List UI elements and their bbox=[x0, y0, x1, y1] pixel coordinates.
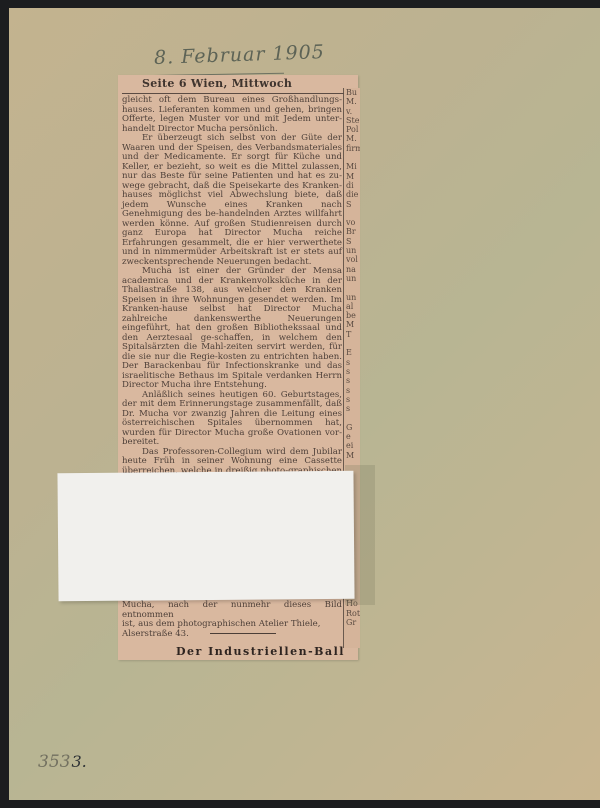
adjacent-column-line: un bbox=[346, 293, 360, 302]
header-rule bbox=[122, 93, 344, 94]
adjacent-column-line: E bbox=[346, 348, 360, 357]
adjacent-column-line: Br bbox=[346, 227, 360, 236]
adjacent-column-line: na bbox=[346, 265, 360, 274]
adjacent-column-line: vol bbox=[346, 255, 360, 264]
adjacent-column-line: vo bbox=[346, 218, 360, 227]
blank-cover-slip bbox=[57, 471, 354, 602]
adjacent-column-line: firm bbox=[346, 144, 360, 153]
adjacent-column-line: di bbox=[346, 181, 360, 190]
tail-line: Mucha, nach der nunmehr dieses Bild entn… bbox=[122, 601, 342, 620]
article-paragraph: Mucha ist einer der Gründer der Mensa ac… bbox=[122, 267, 342, 391]
adjacent-column-line: T bbox=[346, 330, 360, 339]
handwritten-date: 8. Februar 1905 bbox=[154, 41, 326, 69]
article-body: gleicht oft dem Bureau eines Großhandlun… bbox=[122, 96, 342, 524]
adjacent-column-line: un bbox=[346, 274, 360, 283]
article-paragraph: gleicht oft dem Bureau eines Großhandlun… bbox=[122, 96, 342, 134]
adjacent-column-line: Ste bbox=[346, 116, 360, 125]
archive-number: 3533. bbox=[38, 752, 87, 772]
adjacent-column-line: s bbox=[346, 404, 360, 413]
adjacent-column-line: die bbox=[346, 190, 360, 199]
newspaper-page-header: Seite 6 Wien, Mittwoch bbox=[142, 77, 292, 90]
archive-number-sub: 3. bbox=[71, 752, 86, 771]
adjacent-column-line: M bbox=[346, 172, 360, 181]
adjacent-column-line: M bbox=[346, 320, 360, 329]
adjacent-column-line: e bbox=[346, 432, 360, 441]
archive-number-main: 353 bbox=[38, 752, 70, 772]
adjacent-column-line: s bbox=[346, 386, 360, 395]
adjacent-column-line: G bbox=[346, 423, 360, 432]
adjacent-column-line bbox=[346, 283, 360, 292]
adjacent-column-line: Rot bbox=[346, 609, 360, 618]
adjacent-column-line bbox=[346, 413, 360, 422]
adjacent-column-line: Pol bbox=[346, 125, 360, 134]
adjacent-column-line: be bbox=[346, 311, 360, 320]
tail-line: Alserstraße 43. bbox=[122, 630, 342, 640]
next-article-heading: Der Industriellen-Ball bbox=[176, 645, 345, 658]
section-divider bbox=[210, 633, 276, 634]
adjacent-column-line: Gr bbox=[346, 618, 360, 627]
adjacent-column-line: M. bbox=[346, 134, 360, 143]
adjacent-column-line: M. bbox=[346, 97, 360, 106]
adjacent-column-line: s bbox=[346, 376, 360, 385]
adjacent-column-line: M bbox=[346, 451, 360, 460]
adjacent-column-line bbox=[346, 153, 360, 162]
adjacent-column-line: s bbox=[346, 367, 360, 376]
adjacent-column-line bbox=[346, 339, 360, 348]
adjacent-column-line: s bbox=[346, 395, 360, 404]
article-paragraph: Er überzeugt sich selbst von der Güte de… bbox=[122, 134, 342, 267]
adjacent-column-line: Bu bbox=[346, 88, 360, 97]
adjacent-column-line bbox=[346, 209, 360, 218]
adjacent-column-line: v. bbox=[346, 107, 360, 116]
adjacent-column-line: al bbox=[346, 302, 360, 311]
adjacent-column-line: S bbox=[346, 237, 360, 246]
adjacent-column-line: un bbox=[346, 246, 360, 255]
adjacent-column-line: S bbox=[346, 200, 360, 209]
adjacent-column-line: s bbox=[346, 358, 360, 367]
adjacent-column-line: Mi bbox=[346, 162, 360, 171]
article-paragraph: Anläßlich seines heutigen 60. Geburtstag… bbox=[122, 391, 342, 448]
adjacent-column-line: ei bbox=[346, 441, 360, 450]
